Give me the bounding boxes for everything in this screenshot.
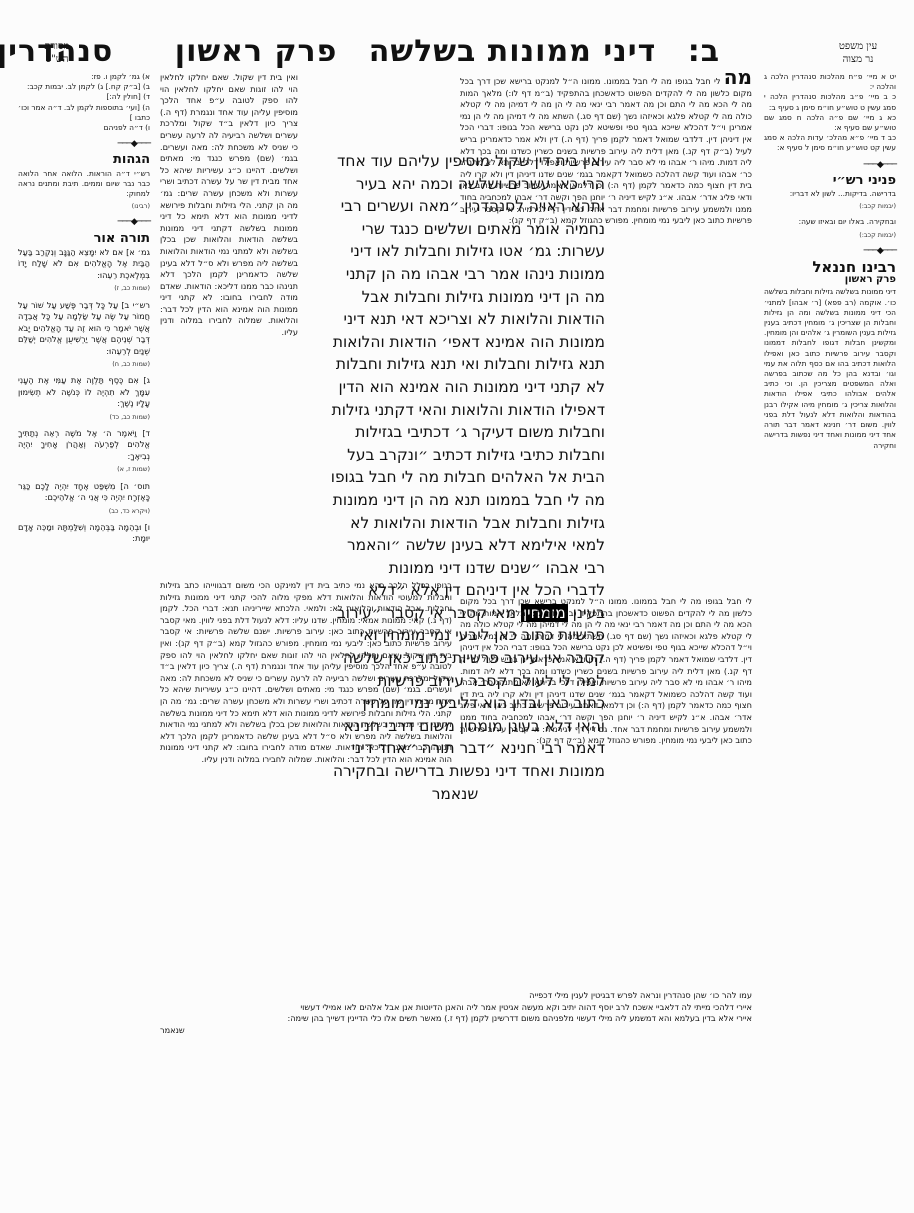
penini-rashi-ref: (יבמות קכב:) [764,230,896,240]
torah-or-verse: ג] אִם כֶּסֶף תַּלְוֶה אֶת עַמִּי אֶת הֶ… [18,375,150,410]
masoret-entry: ו) ד״ה לפניהם [18,123,150,133]
gemara-line: גזילות וחבלות אבל הודאות והלואות לא [305,512,605,535]
gemara-line: ותהא ראויה לסנהדרין ״מאה ועשרים רבי [305,195,605,218]
rashi-text-repeat: ואין בית דין שקול. שאם יחלקו לחלאין הוי … [160,638,452,764]
chapter-number: פרק ראשון [175,34,338,69]
masoret-label-line1: מסורת [22,40,92,53]
penini-rashi-ref: (יבמות קכב:) [764,201,896,211]
torah-or-ref: (שמות כב, ז) [18,283,150,293]
ornament-divider-icon: ───◆─── [764,246,896,256]
gemara-line: וחבלות כתיבי גזילות דכתיב ״ונקרב בעל [305,444,605,467]
ornament-divider-icon: ───◆─── [764,160,896,170]
penini-rashi-entry: ובחקירה. באלו יום ובאיזו שעה: [764,217,896,227]
tosafot-text-cont: לי חבל בגופו מה לי חבל בממונו. ממונו ה״ל… [460,596,752,745]
ornament-divider-icon: ───◆─── [18,139,150,149]
torah-or-ref: (ויקרא כד, כב) [18,506,150,516]
gemara-line: עשרות: גמ׳ אטו גזילות וחבלות לאו דיני [305,240,605,263]
masoret-column: א) גמ׳ לקמן ו. פז: ב) [ב״ק קח.] ג) לקמן … [18,72,150,545]
gemara-line: דאפילו הודאות והלואות והאי דקתני גזילות [305,399,605,422]
rashi-text-mid: בגופו בכלל הלכך בהא נמי כתיב בית דין למי… [160,580,452,648]
bottom-line: איירי אלא בדין בעלמא והא דמשמע ליה מילי … [160,1013,752,1025]
hagahot-title: הגהות [18,155,150,165]
masoret-entry: א) גמ׳ לקמן ו. פז: [18,72,150,82]
masoret-entry: ה) [ועי׳ בתוספות לקמן לב. ד״ה אמר וכו׳ כ… [18,103,150,123]
ein-mishpat-entry: כא ג מיי׳ שם פ״ה הלכה ח סמג שם טוש״ע שם … [764,113,896,133]
page-title: ב: דיני ממונות בשלשה פרק ראשון סנהדרין [270,34,730,69]
ein-mishpat-entry: כ ב מיי׳ פ״ב מהלכות סנהדרין הלכה י סמג ע… [764,92,896,112]
bottom-line: עמו להר כו׳ שהן סנהדרין ונראה לפרש דבגיט… [160,990,752,1002]
torah-or-verse: תוס׳ ה] מִשְׁפַּט אֶחָד יִהְיֶה לָכֶם כַ… [18,481,150,504]
ein-mishpat-label: עין משפט נר מצוה [818,40,898,66]
torah-or-title: תורה אור [18,234,150,244]
ein-mishpat-label-line2: נר מצוה [818,53,898,66]
daf-number: ב: [688,34,720,69]
gemara-line: וחבלות משום דעיקר ג׳ דכתיבי בגזילות [305,421,605,444]
gemara-line: ממונות נינהו אמר רבי אבהו מה הן קתני [305,263,605,286]
gemara-line: הרי כאן עשרים ושלשה וכמה יהא בעיר [305,173,605,196]
hagahot-ref: (רבינו) [18,201,150,211]
bottom-line: איירי דלהכי מייתי לה דלאביי אשכח לרב יוס… [160,1002,752,1014]
gemara-line: מה לי חבל בממונו תנא מה הן דיני ממונות [305,489,605,512]
gemara-line: נחמיה אומר מאתים ושלשים כנגד שרי [305,218,605,241]
gemara-line: הבית אל האלהים חבלות מה לי חבל בגופו [305,466,605,489]
rashi-block: ואין בית דין שקול. שאם יחלקו לחלאין הוי … [160,72,298,572]
ornament-divider-icon: ───◆─── [18,217,150,227]
torah-or-ref: (שמות כב, ח) [18,359,150,369]
tosafot-continuation: לי חבל בגופו מה לי חבל בממונו. ממונו ה״ל… [460,596,752,990]
ein-mishpat-column: יט א מיי׳ פ״ח מהלכות סנהדרין הלכה ג והלכ… [764,72,896,451]
masoret-label-line2: הש"ס [22,53,92,66]
tosafot-opening-word: מה [724,65,752,89]
gemara-line: ואין בית דין שקול מוסיפין עליהם עוד אחד [305,150,605,173]
rashi-text: ואין בית דין שקול. שאם יחלקו לחלאין הוי … [160,72,298,337]
closing-word: שנאמר [160,1025,752,1037]
penini-rashi-entry: בדרישה. בדיקות... לשון לא דבריו: [764,189,896,199]
rabbeinu-chananel-title: רבינו חננאל [764,262,896,272]
masoret-entry: ד) [חולין לה:] [18,92,150,102]
rabbeinu-chananel-subtitle: פרק ראשון [764,275,896,285]
gemara-line: רבי אבהו ״שנים שדנו דיני ממונות [305,557,605,580]
torah-or-ref: (שמות כב, כד) [18,412,150,422]
torah-or-ref: (שמות ז, א) [18,464,150,474]
gemara-line: תנא גזילות וחבלות ואי תנא גזילות וחבלות [305,353,605,376]
ein-mishpat-entry: יט א מיי׳ פ״ח מהלכות סנהדרין הלכה ג והלכ… [764,72,896,92]
gemara-line: לא קתני דיני ממונות הוה אמינא הוא הדין [305,376,605,399]
torah-or-verse: גמ׳ א] אם לא יִמָּצֵא הַגַּנָּב וְנִקְרַ… [18,247,150,282]
gemara-line: למאי אילימא דלא בעינן שלשה ״והאמר [305,534,605,557]
gemara-line: ממונות הוה אמינא דאפי׳ הודאות והלואות [305,331,605,354]
ein-mishpat-label-line1: עין משפט [818,40,898,53]
torah-or-verse: ד] וַיֹּאמֶר ה׳ אֶל מֹשֶׁה רְאֵה נְתַתִּ… [18,428,150,463]
rabbeinu-chananel-text: דיני ממונות בשלשה גזילות וחבלות בשלשה כו… [764,287,896,450]
rashi-continuation: בגופו בכלל הלכך בהא נמי כתיב בית דין למי… [160,580,452,990]
torah-or-verse: ו] וּבְהֵמָה בַּבְּהֵמָה וְשִׁלַּמְתָּהּ… [18,522,150,545]
ein-mishpat-entry: כב ד מיי׳ פ״א מהלכ׳ עדות הלכה א סמג עשין… [764,133,896,153]
masoret-label: מסורת הש"ס [22,40,92,66]
hagahot-text: רש״י ד״ה הוראות. הלואה אחר הלואה כבר נבר… [18,169,150,200]
masoret-entry: ב) [ב״ק קח.] ג) לקמן לב. יבמות קכב: [18,82,150,92]
gemara-line: הודאות והלואות לא וצריכא דאי תנא דיני [305,308,605,331]
gemara-line: מה הן דיני ממונות גזילות וחבלות אבל [305,286,605,309]
bottom-lines: עמו להר כו׳ שהן סנהדרין ונראה לפרש דבגיט… [160,990,752,1036]
chapter-title: דיני ממונות בשלשה [369,34,656,69]
penini-rashi-title: פניני רש״י [764,176,896,186]
torah-or-verse: רש״י ב] עַל כָּל דְּבַר פֶּשַׁע עַל שׁוֹ… [18,300,150,358]
